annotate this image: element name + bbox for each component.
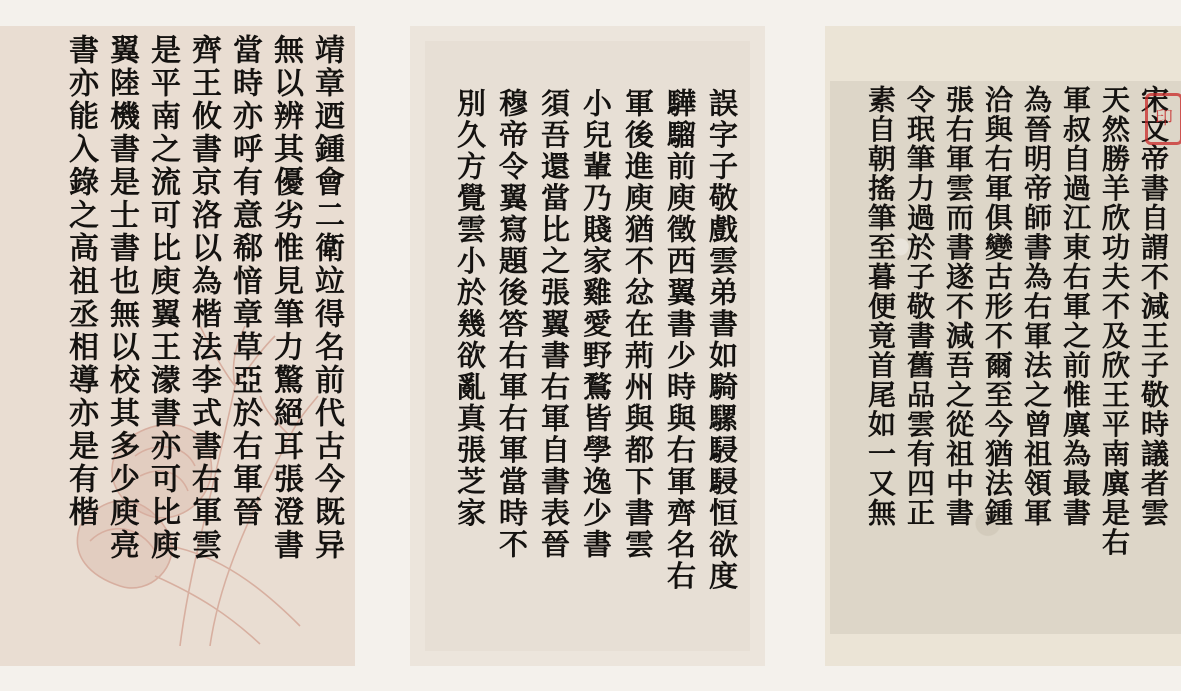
text-column: 書亦能入錄之高祖丞相導亦是有楷 — [60, 34, 101, 664]
calligraphy-leaf-1: 靖章迺鍾會二衛竝得名前代古今既异 無以辨其優劣惟見筆力驚絕耳張澄書 當時亦呼有意… — [0, 26, 355, 666]
text-column: 齊王攸書京洛以為楷法李式書右軍雲 — [183, 34, 224, 664]
text-column: 素自朝搖筆至暮便竟首尾如一又無 — [861, 85, 900, 645]
text-columns: 宋文帝書自謂不減王子敬時議者雲 天然勝羊欣功夫不及欣王平南廙是右 軍叔自過江東右… — [861, 85, 1173, 645]
text-column: 軍後進庾猶不忿在荊州與都下書雲 — [617, 88, 659, 658]
text-column: 別久方覺雲小於幾欲亂真張芝家 — [449, 88, 491, 658]
text-column: 翼陸機書是士書也無以校其多少庾亮 — [101, 34, 142, 664]
text-column: 天然勝羊欣功夫不及欣王平南廙是右 — [1095, 85, 1134, 645]
text-column: 須吾還當比之張翼書右軍自書表晉 — [533, 88, 575, 658]
text-column: 洽與右軍俱變古形不爾至今猶法鍾 — [978, 85, 1017, 645]
red-seal-icon: 印 — [1145, 93, 1181, 145]
text-columns: 靖章迺鍾會二衛竝得名前代古今既异 無以辨其優劣惟見筆力驚絕耳張澄書 當時亦呼有意… — [60, 34, 347, 664]
text-column: 誤字子敬戲雲弟書如騎騾駸駸恒欲度 — [701, 88, 743, 658]
text-column: 穆帝令翼寫題後答右軍右軍當時不 — [491, 88, 533, 658]
text-column: 軍叔自過江東右軍之前惟廙為最書 — [1056, 85, 1095, 645]
text-column: 無以辨其優劣惟見筆力驚絕耳張澄書 — [265, 34, 306, 664]
text-column: 是平南之流可比庾翼王濛書亦可比庾 — [142, 34, 183, 664]
leaf-3-paper: 宋文帝書自謂不減王子敬時議者雲 天然勝羊欣功夫不及欣王平南廙是右 軍叔自過江東右… — [830, 81, 1181, 634]
seal-glyph: 印 — [1155, 110, 1173, 128]
text-column: 當時亦呼有意郗愔章草亞於右軍晉 — [224, 34, 265, 664]
calligraphy-leaf-2: 誤字子敬戲雲弟書如騎騾駸駸恒欲度 驊騮前庾徵西翼書少時與右軍齊名右 軍後進庾猶不… — [410, 26, 765, 666]
text-column: 為晉明帝師書為右軍法之曾祖領軍 — [1017, 85, 1056, 645]
text-column: 小兒輩乃賤家雞愛野鶩皆學逸少書 — [575, 88, 617, 658]
text-column: 張右軍雲而書遂不減吾之從祖中書 — [939, 85, 978, 645]
text-columns: 誤字子敬戲雲弟書如騎騾駸駸恒欲度 驊騮前庾徵西翼書少時與右軍齊名右 軍後進庾猶不… — [449, 88, 743, 658]
text-column: 宋文帝書自謂不減王子敬時議者雲 — [1134, 85, 1173, 645]
text-column: 令珉筆力過於子敬書舊品雲有四正 — [900, 85, 939, 645]
text-column: 靖章迺鍾會二衛竝得名前代古今既异 — [306, 34, 347, 664]
text-column: 驊騮前庾徵西翼書少時與右軍齊名右 — [659, 88, 701, 658]
calligraphy-leaf-3: 宋文帝書自謂不減王子敬時議者雲 天然勝羊欣功夫不及欣王平南廙是右 軍叔自過江東右… — [825, 26, 1181, 666]
